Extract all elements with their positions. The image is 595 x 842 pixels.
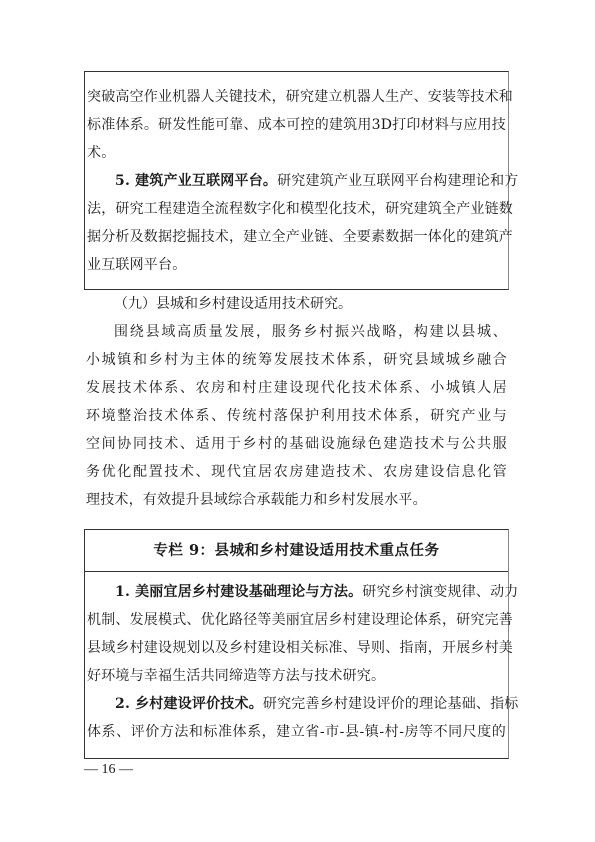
box-line: 机制、发展模式、优化路径等美丽宜居乡村建设理论体系，研究完善	[85, 606, 508, 634]
box-line: 据分析及数据挖掘技术，建立全产业链、全要素数据一体化的建筑产	[85, 223, 508, 251]
paragraph-line: 小城镇和乡村为主体的统筹发展技术体系，研究县域城乡融合	[84, 346, 509, 374]
column-9-box: 专栏 9：县城和乡村建设适用技术重点任务 1. 美丽宜居乡村建设基础理论与方法。…	[84, 529, 509, 759]
item-1-text: 研究乡村演变规律、动力	[362, 584, 518, 600]
box-line: 业互联网平台。	[85, 251, 508, 279]
item-2-first-line: 2. 乡村建设评价技术。研究完善乡村建设评价的理论基础、指标	[85, 690, 508, 718]
section-heading: （九）县城和乡村建设适用技术研究。	[84, 290, 509, 318]
box-line: 体系、评价方法和标准体系，建立省-市-县-镇-村-房等不同尺度的	[85, 718, 508, 746]
item-1-first-line: 1. 美丽宜居乡村建设基础理论与方法。研究乡村演变规律、动力	[85, 578, 508, 606]
paragraph-line: 理技术，有效提升县域综合承载能力和乡村发展水平。	[84, 486, 509, 514]
item-5-first-line: 5. 建筑产业互联网平台。研究建筑产业互联网平台构建理论和方	[85, 167, 508, 195]
box-line: 术。	[85, 139, 508, 167]
item-2-text: 研究完善乡村建设评价的理论基础、指标	[263, 696, 519, 712]
box-line: 县域乡村建设规划以及乡村建设相关标准、导则、指南，开展乡村美	[85, 634, 508, 662]
column-9-title: 专栏 9：县城和乡村建设适用技术重点任务	[85, 530, 508, 572]
box-line: 标准体系。研发性能可靠、成本可控的建筑用3D打印材料与应用技	[85, 111, 508, 139]
page-number: — 16 —	[84, 762, 133, 778]
box-line: 突破高空作业机器人关键技术，研究建立机器人生产、安装等技术和	[85, 83, 508, 111]
paragraph-line: 围绕县域高质量发展，服务乡村振兴战略，构建以县城、	[84, 318, 509, 346]
box-line: 好环境与幸福生活共同缔造等方法与技术研究。	[85, 662, 508, 690]
section-nine: （九）县城和乡村建设适用技术研究。 围绕县域高质量发展，服务乡村振兴战略，构建以…	[84, 290, 509, 514]
continued-text-box: 突破高空作业机器人关键技术，研究建立机器人生产、安装等技术和 标准体系。研发性能…	[84, 71, 509, 290]
paragraph-line: 环境整治技术体系、传统村落保护利用技术体系，研究产业与	[84, 402, 509, 430]
item-5-title: 5. 建筑产业互联网平台。	[115, 173, 277, 189]
paragraph-line: 空间协同技术、适用于乡村的基础设施绿色建造技术与公共服	[84, 430, 509, 458]
item-2-title: 2. 乡村建设评价技术。	[115, 696, 263, 712]
box-line: 法，研究工程建造全流程数字化和模型化技术，研究建筑全产业链数	[85, 195, 508, 223]
item-1-title: 1. 美丽宜居乡村建设基础理论与方法。	[115, 584, 362, 600]
paragraph-line: 发展技术体系、农房和村庄建设现代化技术体系、小城镇人居	[84, 374, 509, 402]
paragraph-line: 务优化配置技术、现代宜居农房建造技术、农房建设信息化管	[84, 458, 509, 486]
item-5-text: 研究建筑产业互联网平台构建理论和方	[277, 173, 518, 189]
